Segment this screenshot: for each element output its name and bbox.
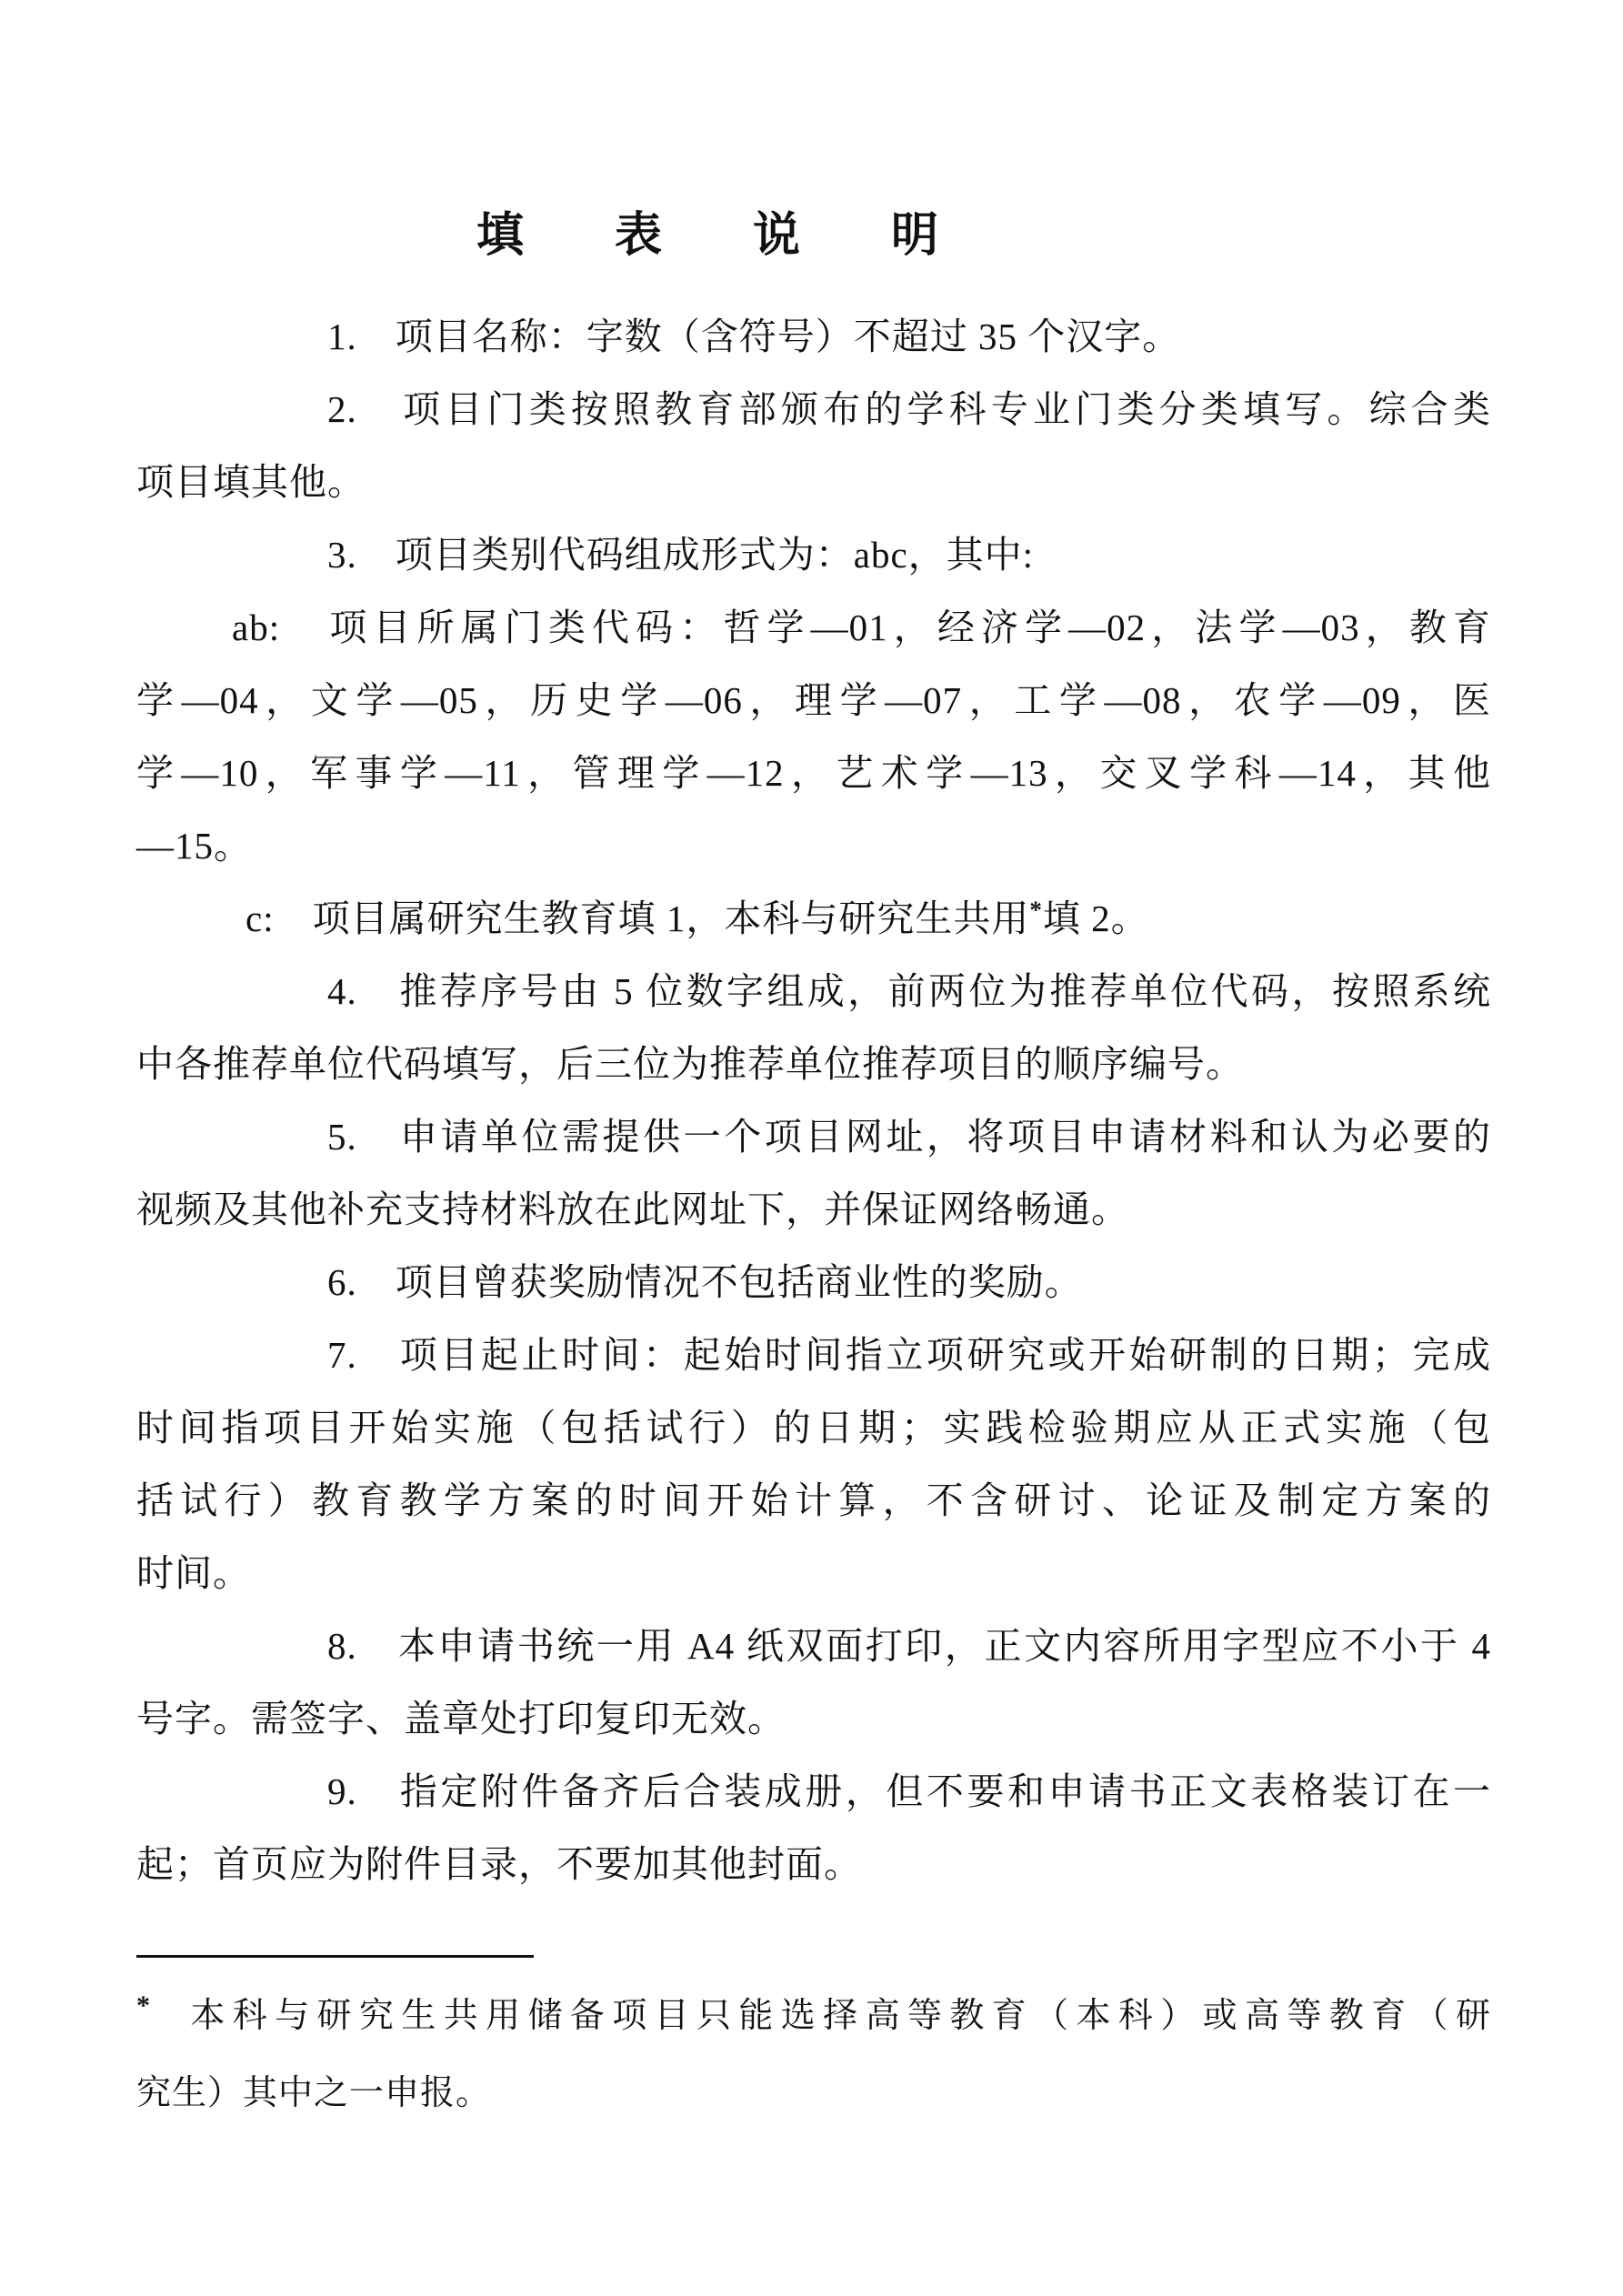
footnote-reference-asterisk: *	[1029, 896, 1043, 923]
instruction-item-7-line-1: 7. 项目起止时间：起始时间指立项研究或开始研制的日期；完成	[136, 1318, 1491, 1391]
instruction-item-8-line-2: 号字。需签字、盖章处打印复印无效。	[136, 1682, 1491, 1755]
instruction-item-7-line-4: 时间。	[136, 1537, 1491, 1609]
item-3-c-text-before: c: 项目属研究生教育填 1，本科与研究生共用	[245, 897, 1029, 939]
instruction-item-7-line-3: 括试行）教育教学方案的时间开始计算，不含研讨、论证及制定方案的	[136, 1464, 1491, 1537]
instruction-item-3-ab-line-1: ab: 项目所属门类代码：哲学—01，经济学—02，法学—03，教育	[136, 591, 1491, 664]
instruction-item-4-line-2: 中各推荐单位代码填写，后三位为推荐单位推荐项目的顺序编号。	[136, 1028, 1491, 1100]
instruction-item-6: 6. 项目曾获奖励情况不包括商业性的奖励。	[136, 1246, 1491, 1318]
footnote-marker-asterisk: *	[136, 1990, 151, 2020]
footnote-separator	[136, 1955, 534, 1958]
instruction-item-3-c: c: 项目属研究生教育填 1，本科与研究生共用*填 2。	[136, 882, 1491, 955]
instruction-item-2-line-1: 2. 项目门类按照教育部颁布的学科专业门类分类填写。综合类	[136, 373, 1491, 446]
instruction-item-9-line-1: 9. 指定附件备齐后合装成册，但不要和申请书正文表格装订在一	[136, 1755, 1491, 1828]
instruction-item-2-line-2: 项目填其他。	[136, 446, 1491, 518]
instruction-item-3: 3. 项目类别代码组成形式为：abc，其中:	[136, 518, 1491, 591]
instruction-item-8-line-1: 8. 本申请书统一用 A4 纸双面打印，正文内容所用字型应不小于 4	[136, 1609, 1491, 1682]
instruction-item-7-line-2: 时间指项目开始实施（包括试行）的日期；实践检验期应从正式实施（包	[136, 1391, 1491, 1464]
instruction-item-5-line-2: 视频及其他补充支持材料放在此网址下，并保证网络畅通。	[136, 1173, 1491, 1246]
instruction-item-3-ab-line-4: —15。	[136, 809, 1491, 882]
footnote-text-line-1: 本科与研究生共用储备项目只能选择高等教育（本科）或高等教育（研	[184, 1997, 1491, 2035]
instruction-item-3-ab-line-2: 学—04，文学—05，历史学—06，理学—07，工学—08，农学—09，医	[136, 664, 1491, 737]
instruction-item-5-line-1: 5. 申请单位需提供一个项目网址，将项目申请材料和认为必要的	[136, 1100, 1491, 1173]
footnote-line-1: *本科与研究生共用储备项目只能选择高等教育（本科）或高等教育（研	[136, 1978, 1491, 2055]
instruction-item-9-line-2: 起；首页应为附件目录，不要加其他封面。	[136, 1828, 1491, 1900]
document-page: 填 表 说 明 1. 项目名称：字数（含符号）不超过 35 个汉字。 2. 项目…	[0, 0, 1623, 2296]
footnote-line-2: 究生）其中之一申报。	[136, 2055, 1491, 2132]
instruction-item-3-ab-line-3: 学—10，军事学—11，管理学—12，艺术学—13，交叉学科—14，其他	[136, 737, 1491, 809]
instruction-item-1: 1. 项目名称：字数（含符号）不超过 35 个汉字。	[136, 300, 1491, 373]
item-3-c-text-after: 填 2。	[1043, 897, 1149, 939]
instruction-item-4-line-1: 4. 推荐序号由 5 位数字组成，前两位为推荐单位代码，按照系统	[136, 955, 1491, 1028]
page-title: 填 表 说 明	[136, 205, 1300, 268]
